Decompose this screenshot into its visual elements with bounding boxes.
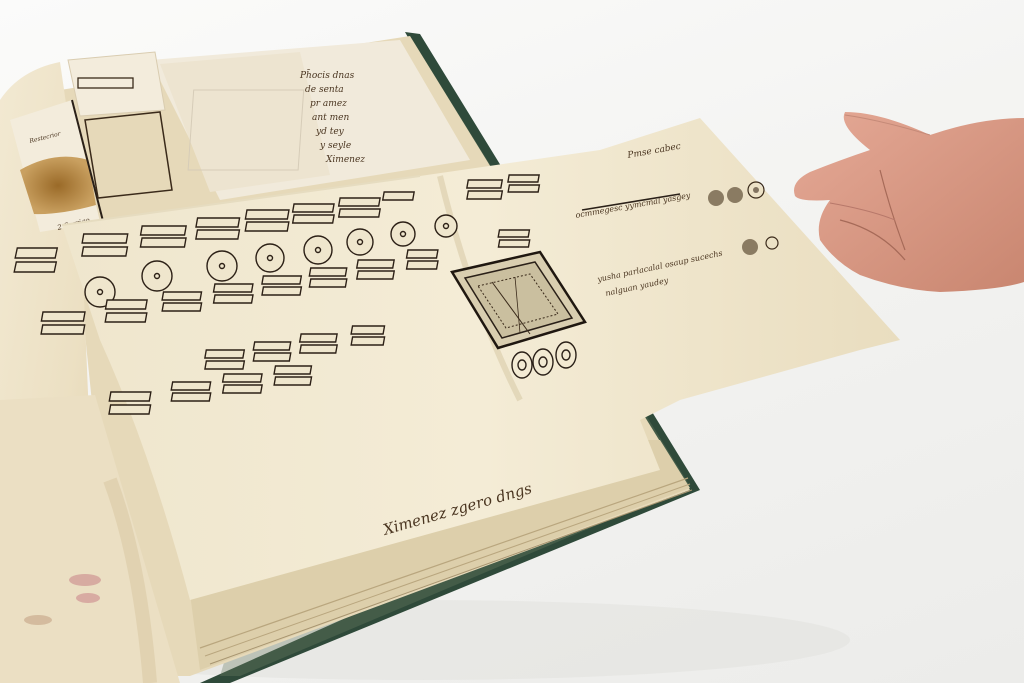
svg-text:yd tey: yd tey [315, 127, 345, 137]
svg-text:pr amez: pr amez [310, 99, 347, 109]
svg-text:y seyle: y seyle [319, 141, 351, 151]
svg-text:Ph̃ocis dnas: Ph̃ocis dnas [299, 69, 355, 81]
svg-text:ant men: ant men [312, 113, 350, 123]
stain-mark [69, 574, 101, 586]
svg-text:de senta: de senta [305, 85, 344, 95]
svg-text:Ximenez: Ximenez [325, 155, 365, 165]
manuscript-photo: Ph̃ocis dnas de senta pr amez ant men yd… [0, 0, 1024, 683]
